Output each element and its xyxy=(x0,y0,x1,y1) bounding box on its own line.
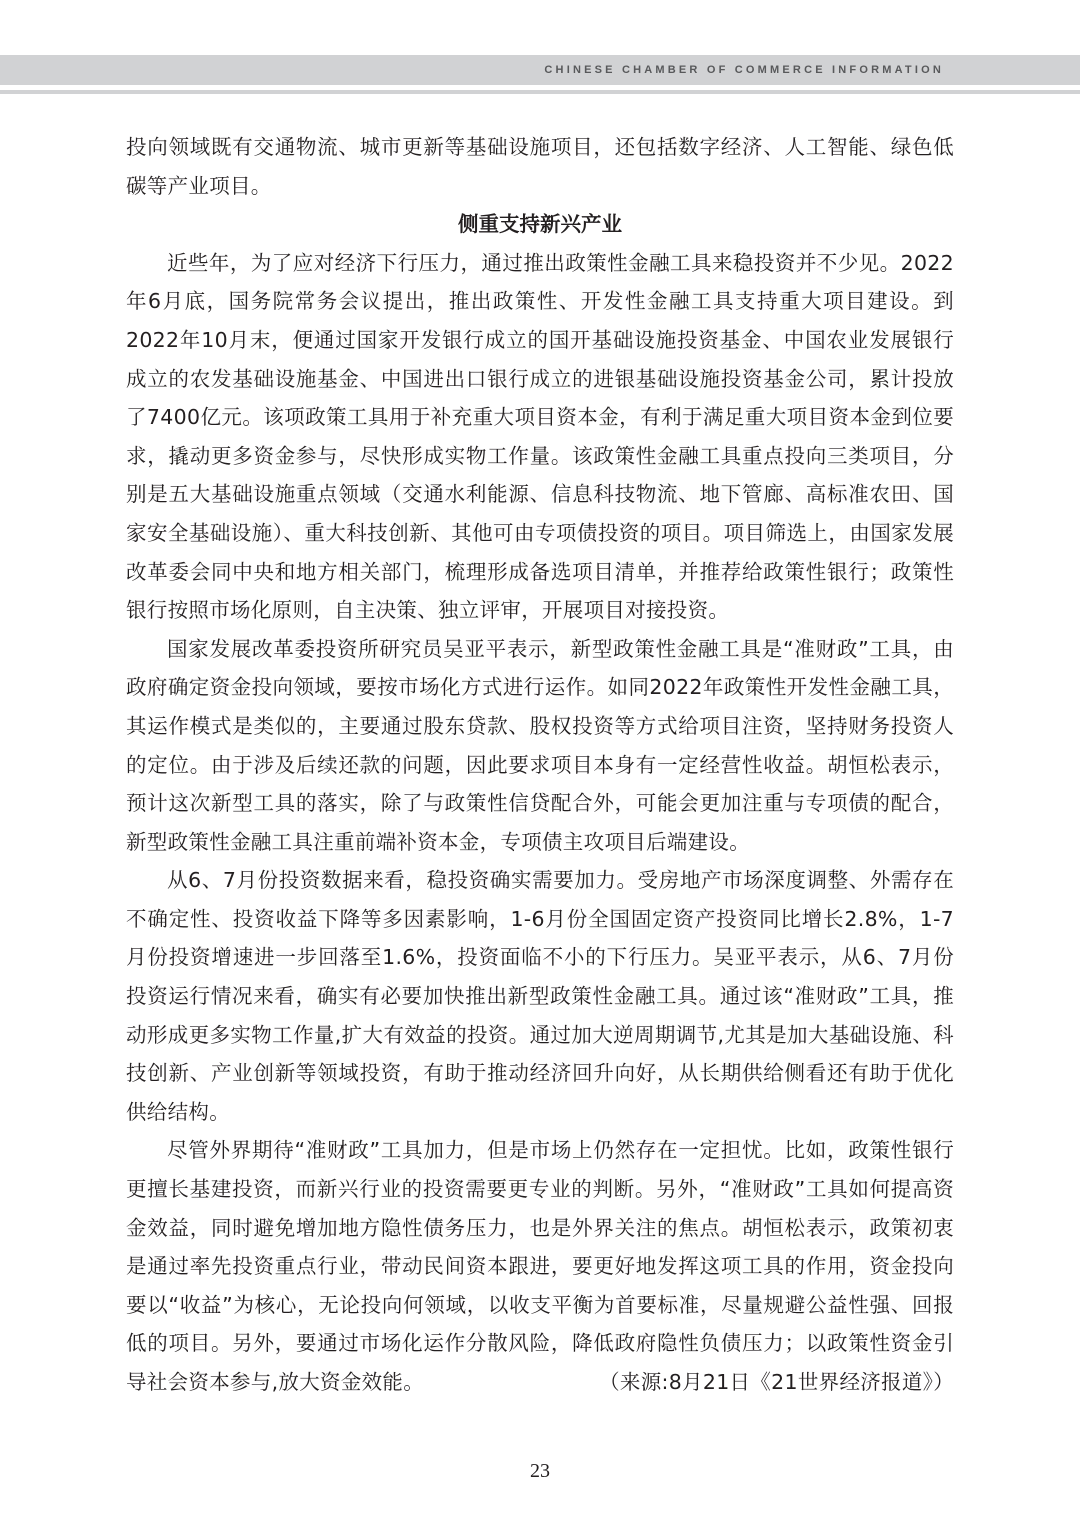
paragraph-4-text: 尽管外界期待“准财政”工具加力，但是市场上仍然存在一定担忧。比如，政策性银行更擅… xyxy=(126,1138,954,1394)
paragraph-2: 国家发展改革委投资所研究员吴亚平表示，新型政策性金融工具是“准财政”工具，由政府… xyxy=(126,630,954,862)
continuation-paragraph: 投向领域既有交通物流、城市更新等基础设施项目，还包括数字经济、人工智能、绿色低碳… xyxy=(126,128,954,205)
paragraph-4: 尽管外界期待“准财政”工具加力，但是市场上仍然存在一定担忧。比如，政策性银行更擅… xyxy=(126,1131,954,1401)
paragraph-3: 从6、7月份投资数据来看，稳投资确实需要加力。受房地产市场深度调整、外需存在不确… xyxy=(126,861,954,1131)
header-divider xyxy=(0,90,1080,94)
article-body: 投向领域既有交通物流、城市更新等基础设施项目，还包括数字经济、人工智能、绿色低碳… xyxy=(126,128,954,1402)
page-number: 23 xyxy=(0,1460,1080,1483)
publication-title: CHINESE CHAMBER OF COMMERCE INFORMATION xyxy=(544,64,944,76)
source-citation: （来源:8月21日《21世界经济报道》） xyxy=(558,1363,954,1402)
paragraph-1: 近些年，为了应对经济下行压力，通过推出政策性金融工具来稳投资并不少见。2022年… xyxy=(126,244,954,630)
section-heading: 侧重支持新兴产业 xyxy=(126,205,954,244)
